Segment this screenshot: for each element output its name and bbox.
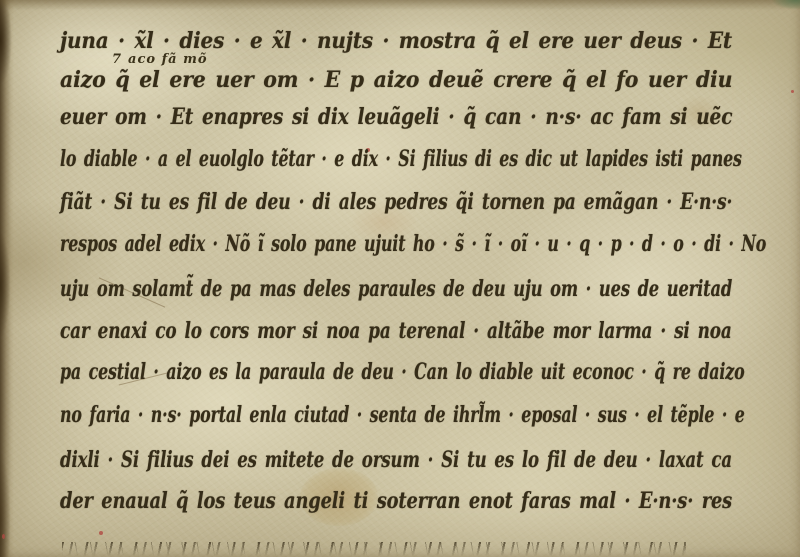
green-smudge xyxy=(748,0,800,22)
red-speck xyxy=(791,90,794,93)
insertion-mark: 7 xyxy=(112,52,122,67)
manuscript-line-3: euer om · Et enapres si dix leuãgeli · q… xyxy=(60,103,627,133)
manuscript-line-12: der enaual q̃ los teus angeli ti soterra… xyxy=(60,487,605,517)
manuscript-line-2: aizo q̃ el ere uer om · E p aizo deuẽ cr… xyxy=(60,66,685,96)
interlinear-text: aco fã mõ xyxy=(128,52,208,67)
manuscript-line-7: uju om solamt̃ de pa mas deles paraules … xyxy=(60,275,557,305)
manuscript-line-5: fiãt · Si tu es fil de deu · di ales ped… xyxy=(60,188,581,218)
manuscript-line-11: dixli · Si filius dei es mitete de orsum… xyxy=(60,446,567,476)
manuscript-page: juna · x̃l · dies · e x̃l · nujts · most… xyxy=(0,0,800,557)
manuscript-line-6: respos adel edix · Nõ ĩ solo pane ujuit … xyxy=(60,230,544,260)
manuscript-line-8: car enaxi co lo cors mor si noa pa teren… xyxy=(60,317,575,347)
red-speck xyxy=(99,531,103,535)
parchment-left-edge-shadow xyxy=(0,0,14,557)
manuscript-line-9: pa cestial · aizo es la paraula de deu ·… xyxy=(60,358,544,388)
manuscript-line-10: no faria · n·s· portal enla ciutad · sen… xyxy=(60,401,544,431)
parchment-top-edge-shadow xyxy=(0,0,800,10)
interlinear-addition: 7aco fã mõ xyxy=(112,52,208,67)
manuscript-line-13-partial xyxy=(62,542,686,557)
manuscript-line-4: lo diable · a el euolglo tẽtar · e dix ·… xyxy=(60,145,544,175)
red-speck xyxy=(2,534,5,539)
